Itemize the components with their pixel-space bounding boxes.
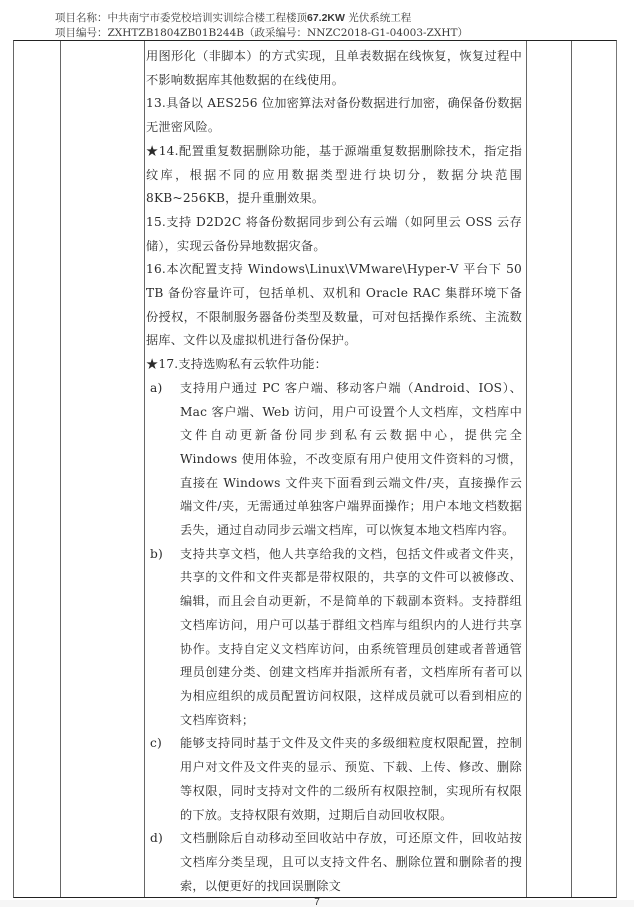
paragraph: 用图形化（非脚本）的方式实现，且单表数据在线恢复，恢复过程中不影响数据库其他数据… xyxy=(146,45,522,92)
paragraph: 15.支持 D2D2C 将备份数据同步到公有云端（如阿里云 OSS 云存储），实… xyxy=(146,211,522,258)
paragraph: 16.本次配置支持 Windows\Linux\VMware\Hyper-V 平… xyxy=(146,258,522,353)
sub-item: c) 能够支持同时基于文件及文件夹的多级细粒度权限配置，控制用户对文件及文件夹的… xyxy=(146,732,522,827)
spec-content-cell: 用图形化（非脚本）的方式实现，且单表数据在线恢复，恢复过程中不影响数据库其他数据… xyxy=(146,45,522,898)
paragraph: ★14.配置重复数据删除功能，基于源端重复数据删除技术，指定指纹库，根据不同的应… xyxy=(146,140,522,211)
page-number: 7 xyxy=(0,897,634,907)
document-header: 项目名称：中共南宁市委党校培训实训综合楼工程楼顶67.2KW 光伏系统工程 项目… xyxy=(55,11,468,41)
project-code-value: ZXHTZB1804ZB01B244B（政采编号：NNZC2018-G1-040… xyxy=(108,27,468,39)
column-divider xyxy=(144,41,145,897)
project-name-line: 项目名称：中共南宁市委党校培训实训综合楼工程楼顶67.2KW 光伏系统工程 xyxy=(55,11,468,26)
project-name-pre: 中共南宁市委党校培训实训综合楼工程楼顶 xyxy=(108,12,308,24)
sub-item-text: 支持共享文档，他人共享给我的文档，包括文件或者文件夹，共享的文件和文件夹都是带权… xyxy=(178,543,522,733)
project-code-label: 项目编号： xyxy=(55,27,108,39)
project-code-line: 项目编号：ZXHTZB1804ZB01B244B（政采编号：NNZC2018-G… xyxy=(55,26,468,41)
sub-item-label: d) xyxy=(146,827,178,898)
paragraph: ★17.支持选购私有云软件功能： xyxy=(146,353,522,377)
project-name-label: 项目名称： xyxy=(55,12,108,24)
column-divider xyxy=(571,41,572,897)
sub-item-text: 能够支持同时基于文件及文件夹的多级细粒度权限配置，控制用户对文件及文件夹的显示、… xyxy=(178,732,522,827)
sub-item-label: a) xyxy=(146,377,178,543)
project-name-post: 光伏系统工程 xyxy=(348,12,411,24)
sub-item-label: b) xyxy=(146,543,178,733)
sub-item-label: c) xyxy=(146,732,178,827)
sub-item-text: 文档删除后自动移动至回收站中存放，可还原文件，回收站按文档库分类呈现，且可以支持… xyxy=(178,827,522,898)
sub-item-text: 支持用户通过 PC 客户端、移动客户端（Android、IOS）、Mac 客户端… xyxy=(178,377,522,543)
sub-item: b) 支持共享文档，他人共享给我的文档，包括文件或者文件夹，共享的文件和文件夹都… xyxy=(146,543,522,733)
project-name-capacity: 67.2KW xyxy=(307,12,345,24)
sub-item: d) 文档删除后自动移动至回收站中存放，可还原文件，回收站按文档库分类呈现，且可… xyxy=(146,827,522,898)
column-divider xyxy=(60,41,61,897)
paragraph: 13.具备以 AES256 位加密算法对备份数据进行加密，确保备份数据无泄密风险… xyxy=(146,92,522,139)
sub-item: a) 支持用户通过 PC 客户端、移动客户端（Android、IOS）、Mac … xyxy=(146,377,522,543)
column-divider xyxy=(526,41,527,897)
